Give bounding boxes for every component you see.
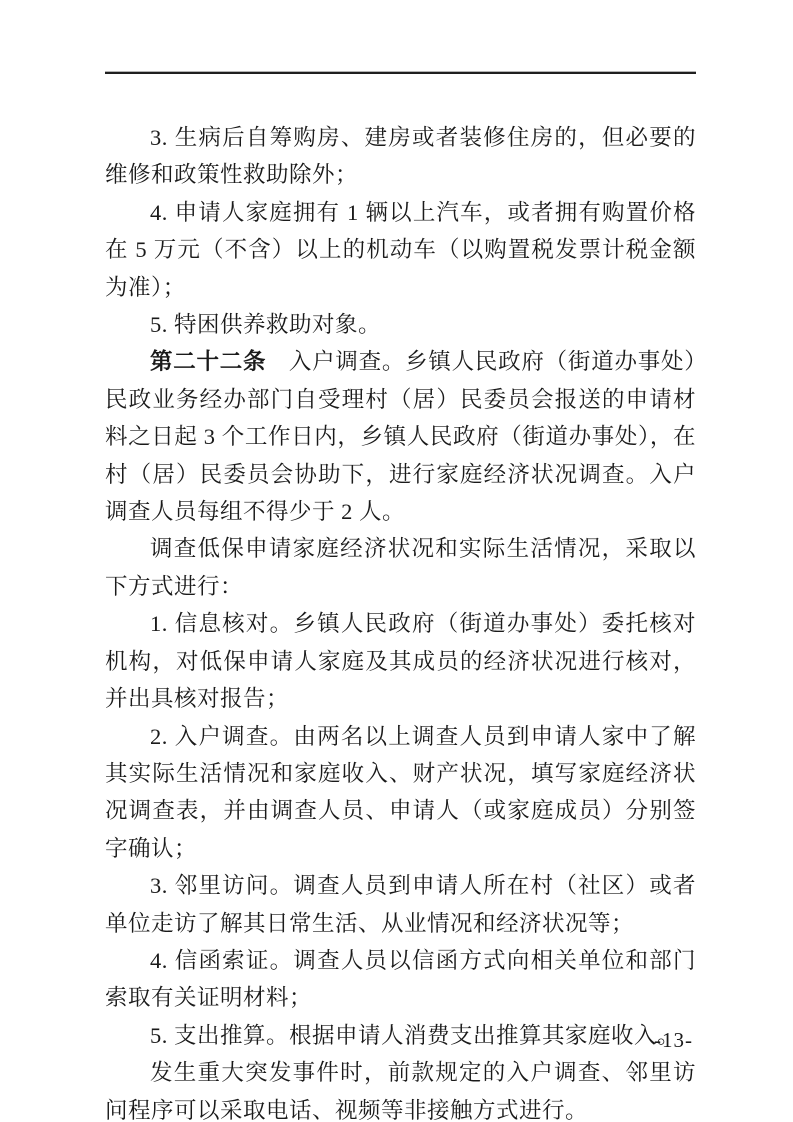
paragraph-method-2: 2. 入户调查。由两名以上调查人员到申请人家中了解其实际生活情况和家庭收入、财产…	[105, 718, 696, 868]
document-body: 3. 生病后自筹购房、建房或者装修住房的，但必要的维修和政策性救助除外； 4. …	[105, 119, 696, 1122]
paragraph-method-5: 5. 支出推算。根据申请人消费支出推算其家庭收入。	[105, 1017, 696, 1054]
header-rule	[105, 71, 696, 74]
page-number: -13-	[654, 1028, 693, 1053]
paragraph-item-4: 4. 申请人家庭拥有 1 辆以上汽车，或者拥有购置价格在 5 万元（不含）以上的…	[105, 194, 696, 306]
document-page: 3. 生病后自筹购房、建房或者装修住房的，但必要的维修和政策性救助除外； 4. …	[0, 0, 793, 1122]
paragraph-survey-intro: 调查低保申请家庭经济状况和实际生活情况，采取以下方式进行：	[105, 530, 696, 605]
paragraph-item-3: 3. 生病后自筹购房、建房或者装修住房的，但必要的维修和政策性救助除外；	[105, 119, 696, 194]
article-number: 第二十二条	[150, 349, 266, 374]
paragraph-method-1: 1. 信息核对。乡镇人民政府（街道办事处）委托核对机构，对低保申请人家庭及其成员…	[105, 605, 696, 717]
paragraph-emergency-note: 发生重大突发事件时，前款规定的入户调查、邻里访问程序可以采取电话、视频等非接触方…	[105, 1054, 696, 1122]
article-text: 入户调查。乡镇人民政府（街道办事处）民政业务经办部门自受理村（居）民委员会报送的…	[105, 349, 696, 524]
paragraph-method-3: 3. 邻里访问。调查人员到申请人所在村（社区）或者单位走访了解其日常生活、从业情…	[105, 867, 696, 942]
paragraph-method-4: 4. 信函索证。调查人员以信函方式向相关单位和部门索取有关证明材料；	[105, 942, 696, 1017]
paragraph-item-5: 5. 特困供养救助对象。	[105, 306, 696, 343]
paragraph-article-22: 第二十二条入户调查。乡镇人民政府（街道办事处）民政业务经办部门自受理村（居）民委…	[105, 343, 696, 530]
